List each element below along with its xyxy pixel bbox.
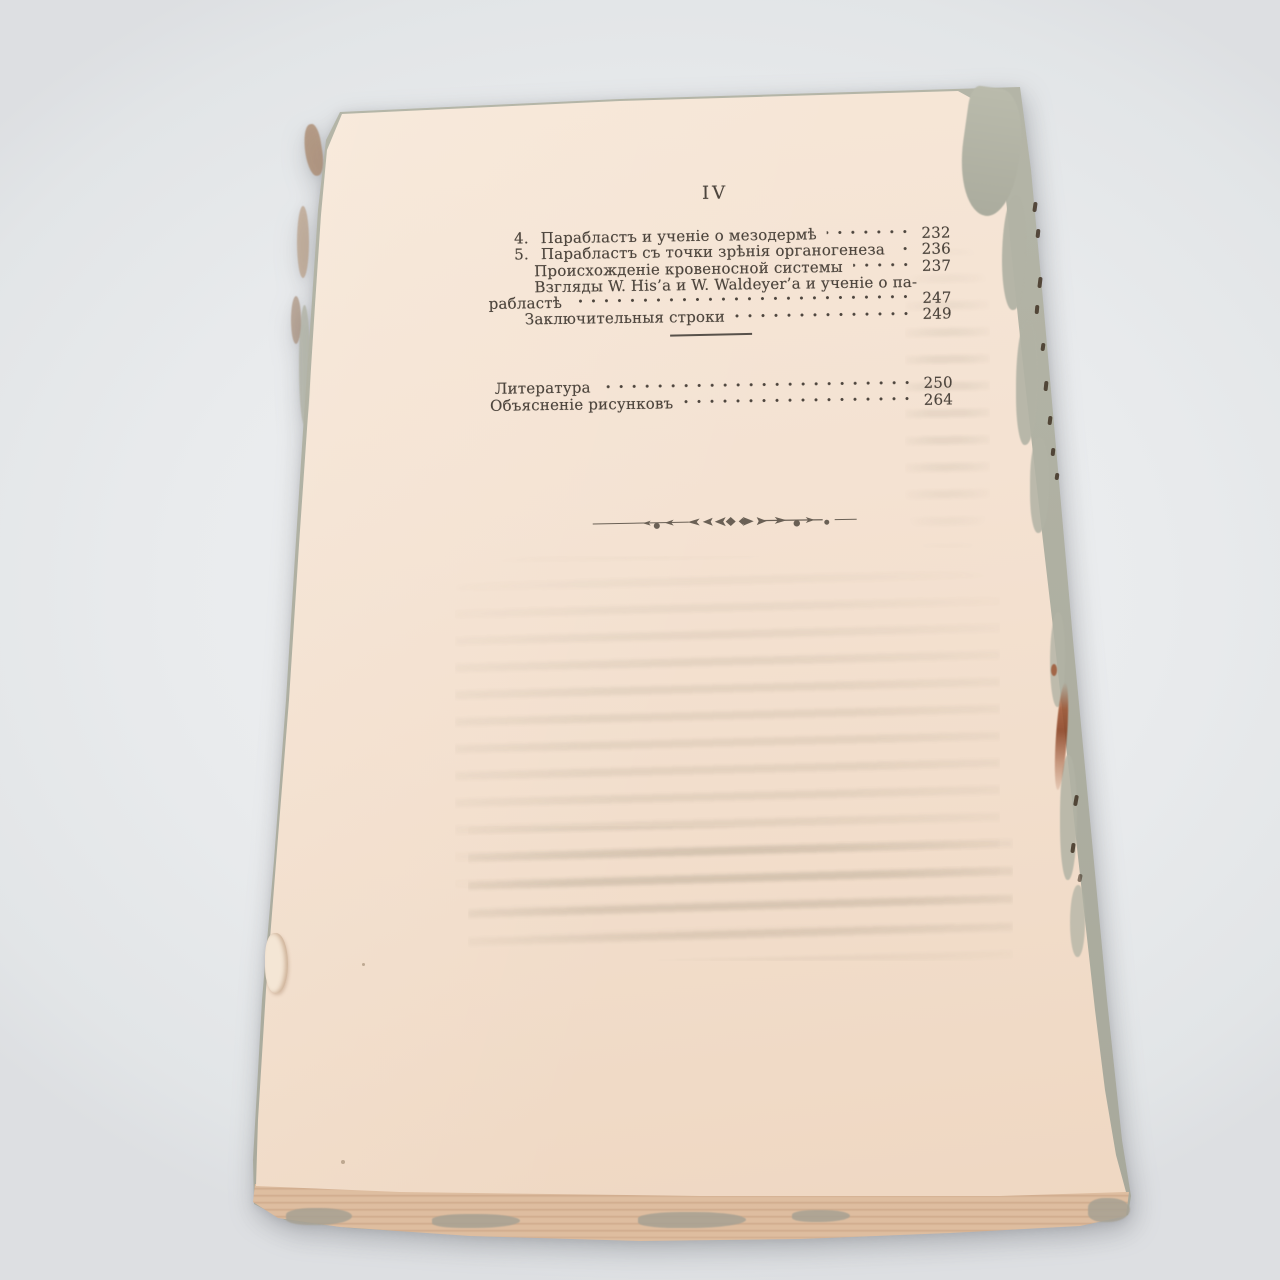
dot-leader <box>853 257 914 274</box>
dot-leader <box>735 305 915 324</box>
back-matter-title: Объясненіе рисунковъ <box>490 394 674 415</box>
separator-rule <box>670 333 752 336</box>
photo-scene: IV 4. Парабластъ и ученіе о мезодермѣ 23… <box>0 0 1280 1280</box>
paper-speck <box>341 1160 345 1164</box>
stitch-mark <box>1037 277 1042 288</box>
cover-patch-right <box>1070 885 1085 957</box>
ornament-divider-icon <box>591 511 859 533</box>
stack-gray-bit <box>1088 1198 1130 1222</box>
rust-stain-dot <box>1051 664 1057 676</box>
dot-leader <box>827 224 914 242</box>
stitch-mark <box>1032 202 1037 212</box>
stitch-mark <box>1035 305 1040 314</box>
showthrough-text <box>455 556 1000 946</box>
toc-entry-number: 5. <box>514 246 529 264</box>
showthrough-text-lower <box>468 826 1013 961</box>
stitch-mark <box>1036 229 1041 238</box>
page-flap <box>265 933 288 993</box>
torn-edge-bit <box>297 206 309 278</box>
toc-entry-page: 237 <box>922 256 951 274</box>
back-matter-block: Литература 250 Объясненіе рисунковъ 264 <box>483 374 953 413</box>
torn-edge-bit <box>301 123 326 177</box>
back-matter-page: 264 <box>924 390 953 408</box>
toc-block: 4. Парабластъ и ученіе о мезодермѣ 232 5… <box>481 223 952 327</box>
torn-edge-bit <box>291 296 301 344</box>
paper-speck <box>362 963 365 966</box>
page-content: IV 4. Парабластъ и ученіе о мезодермѣ 23… <box>480 179 955 533</box>
book: IV 4. Парабластъ и ученіе о мезодермѣ 23… <box>0 0 1280 1280</box>
dot-leader <box>683 391 916 411</box>
toc-entry-title: Заключительныя строки <box>525 308 725 329</box>
toc-entry-page: 249 <box>922 305 951 323</box>
dot-leader <box>895 240 914 257</box>
